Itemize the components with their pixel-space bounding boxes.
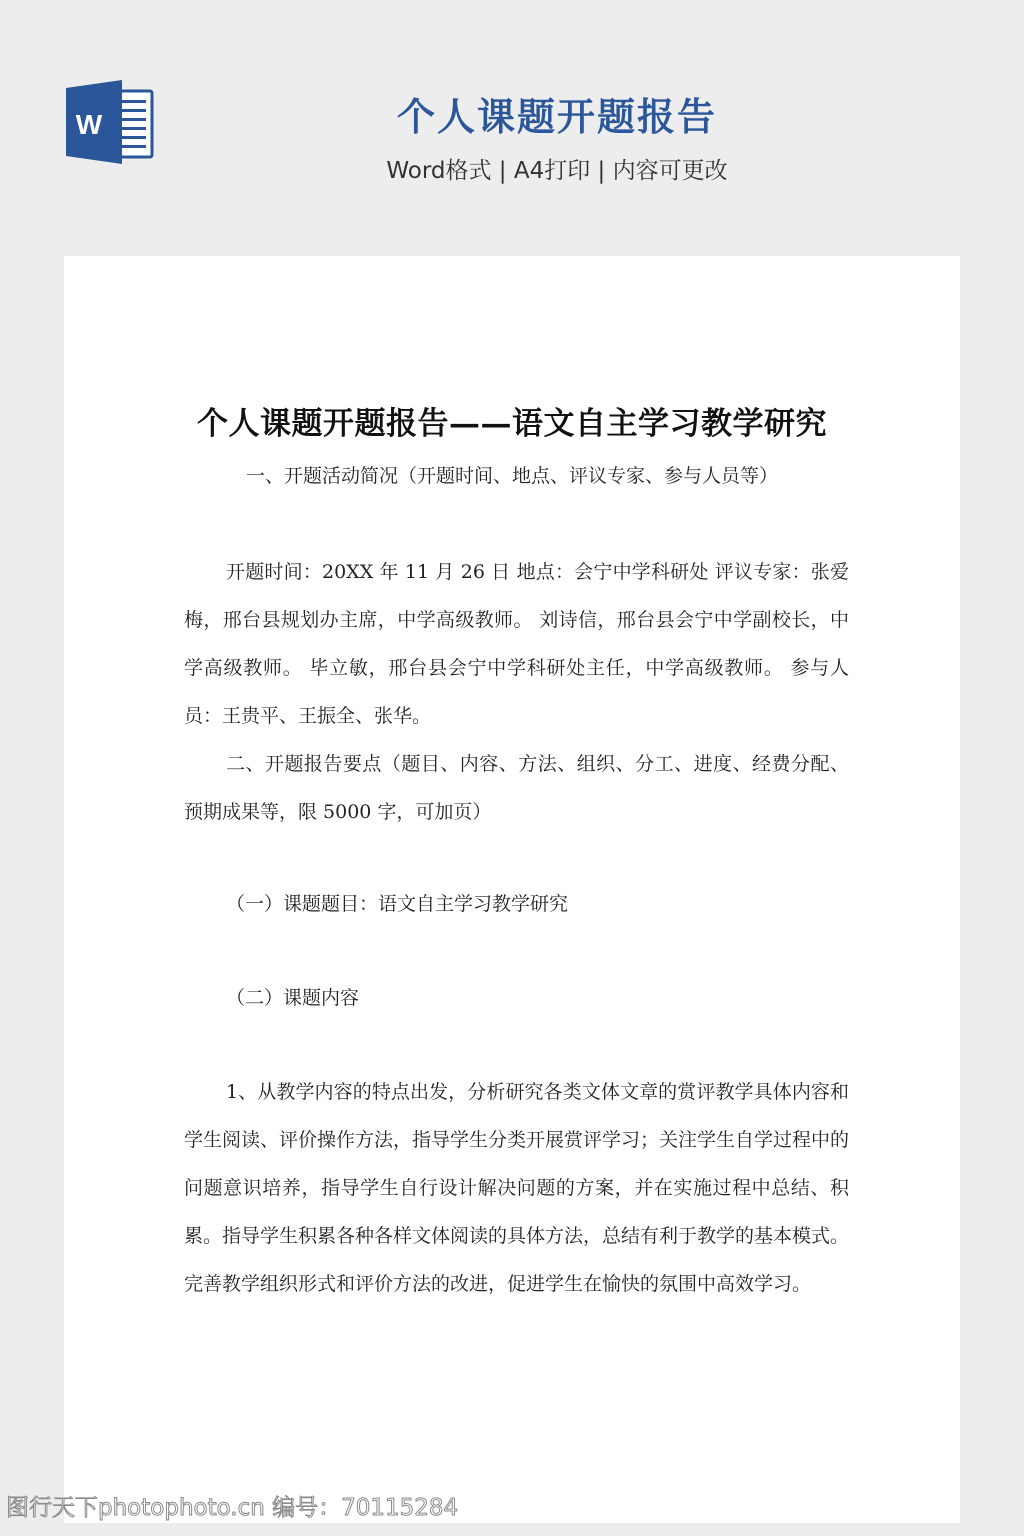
header-subtitle: Word格式 | A4打印 | 内容可更改 <box>300 154 814 188</box>
watermark: 图行天下photophoto.cn 编号：70115284 <box>6 1490 458 1526</box>
paragraph-content-1: 1、从教学内容的特点出发，分析研究各类文体文章的赏评教学具体内容和学生阅读、评价… <box>184 1068 849 1308</box>
paragraph-opening-details: 开题时间：20XX 年 11 月 26 日 地点：会宁中学科研处 评议专家：张爱… <box>184 548 849 740</box>
page-header: W 个人课题开题报告 Word格式 | A4打印 | 内容可更改 <box>0 0 1024 256</box>
subsection-topic: （一）课题题目：语文自主学习教学研究 <box>184 880 849 928</box>
section-heading-2: 二、开题报告要点（题目、内容、方法、组织、分工、进度、经费分配、预期成果等，限 … <box>184 740 849 836</box>
header-title: 个人课题开题报告 <box>300 92 814 142</box>
word-document-icon: W <box>64 80 156 164</box>
document-page: 个人课题开题报告——语文自主学习教学研究 一、开题活动简况（开题时间、地点、评议… <box>64 256 960 1523</box>
svg-text:W: W <box>76 109 103 140</box>
section-heading-1: 一、开题活动简况（开题时间、地点、评议专家、参与人员等） <box>64 452 960 500</box>
subsection-content: （二）课题内容 <box>184 974 849 1022</box>
document-title: 个人课题开题报告——语文自主学习教学研究 <box>64 404 960 444</box>
